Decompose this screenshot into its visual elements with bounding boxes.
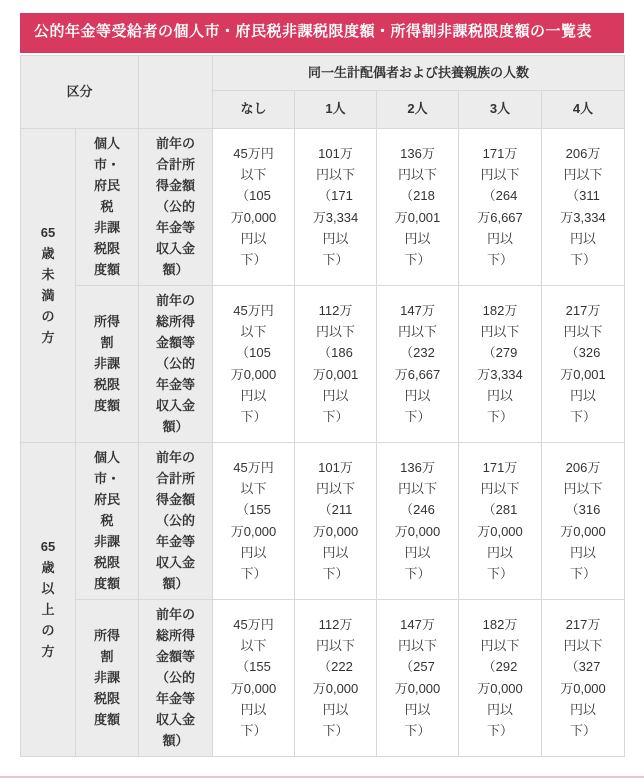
value-cell: 206万 円以下 （316 万0,000 円以 下） xyxy=(542,442,625,599)
table-row: 65 歳 未 満 の 方 個人 市・ 府民 税 非課 税限 度額 前年の 合計所… xyxy=(21,128,625,285)
value-cell: 136万 円以下 （246 万0,000 円以 下） xyxy=(377,442,459,599)
header-count-none: なし xyxy=(213,90,295,128)
header-count-3: 3人 xyxy=(459,90,542,128)
table-row: 所得 割 非課 税限 度額 前年の 総所得 金額等 （公的 年金等 収入金 額）… xyxy=(21,285,625,442)
row-header-income-basis: 前年の 合計所 得金額 （公的 年金等 収入金 額） xyxy=(139,128,213,285)
row-header-age-under-65: 65 歳 未 満 の 方 xyxy=(21,128,76,442)
value-cell: 112万 円以下 （186 万0,001 円以 下） xyxy=(295,285,377,442)
row-header-category: 個人 市・ 府民 税 非課 税限 度額 xyxy=(76,128,139,285)
value-cell: 112万 円以下 （222 万0,000 円以 下） xyxy=(295,599,377,756)
header-dependents-count: 同一生計配偶者および扶養親族の人数 xyxy=(213,55,625,90)
tax-exemption-table: 区分 同一生計配偶者および扶養親族の人数 なし 1人 2人 3人 4人 65 歳… xyxy=(20,55,625,757)
table-row: 65 歳 以 上 の 方 個人 市・ 府民 税 非課 税限 度額 前年の 合計所… xyxy=(21,442,625,599)
value-cell: 206万 円以下 （311 万3,334 円以 下） xyxy=(542,128,625,285)
value-cell: 45万円 以下 （105 万0,000 円以 下） xyxy=(213,285,295,442)
value-cell: 45万円 以下 （105 万0,000 円以 下） xyxy=(213,128,295,285)
row-header-income-basis: 前年の 総所得 金額等 （公的 年金等 収入金 額） xyxy=(139,599,213,756)
value-cell: 171万 円以下 （264 万6,667 円以 下） xyxy=(459,128,542,285)
value-cell: 147万 円以下 （257 万0,000 円以 下） xyxy=(377,599,459,756)
row-header-category: 所得 割 非課 税限 度額 xyxy=(76,599,139,756)
value-cell: 217万 円以下 （326 万0,001 円以 下） xyxy=(542,285,625,442)
header-spacer xyxy=(139,55,213,128)
row-header-income-basis: 前年の 合計所 得金額 （公的 年金等 収入金 額） xyxy=(139,442,213,599)
value-cell: 45万円 以下 （155 万0,000 円以 下） xyxy=(213,599,295,756)
value-cell: 101万 円以下 （171 万3,334 円以 下） xyxy=(295,128,377,285)
value-cell: 147万 円以下 （232 万6,667 円以 下） xyxy=(377,285,459,442)
value-cell: 136万 円以下 （218 万0,001 円以 下） xyxy=(377,128,459,285)
value-cell: 101万 円以下 （211 万0,000 円以 下） xyxy=(295,442,377,599)
header-kubun: 区分 xyxy=(21,55,139,128)
row-header-category: 所得 割 非課 税限 度額 xyxy=(76,285,139,442)
header-count-4: 4人 xyxy=(542,90,625,128)
value-cell: 45万円 以下 （155 万0,000 円以 下） xyxy=(213,442,295,599)
page-title: 公的年金等受給者の個人市・府民税非課税限度額・所得割非課税限度額の一覧表 xyxy=(20,13,624,53)
value-cell: 217万 円以下 （327 万0,000 円以 下） xyxy=(542,599,625,756)
table-row: 所得 割 非課 税限 度額 前年の 総所得 金額等 （公的 年金等 収入金 額）… xyxy=(21,599,625,756)
row-header-category: 個人 市・ 府民 税 非課 税限 度額 xyxy=(76,442,139,599)
header-count-2: 2人 xyxy=(377,90,459,128)
row-header-age-65-over: 65 歳 以 上 の 方 xyxy=(21,442,76,756)
row-header-income-basis: 前年の 総所得 金額等 （公的 年金等 収入金 額） xyxy=(139,285,213,442)
page: 公的年金等受給者の個人市・府民税非課税限度額・所得割非課税限度額の一覧表 区分 … xyxy=(0,0,644,757)
value-cell: 182万 円以下 （279 万3,334 円以 下） xyxy=(459,285,542,442)
header-row-1: 区分 同一生計配偶者および扶養親族の人数 xyxy=(21,55,625,90)
value-cell: 171万 円以下 （281 万0,000 円以 下） xyxy=(459,442,542,599)
value-cell: 182万 円以下 （292 万0,000 円以 下） xyxy=(459,599,542,756)
header-count-1: 1人 xyxy=(295,90,377,128)
